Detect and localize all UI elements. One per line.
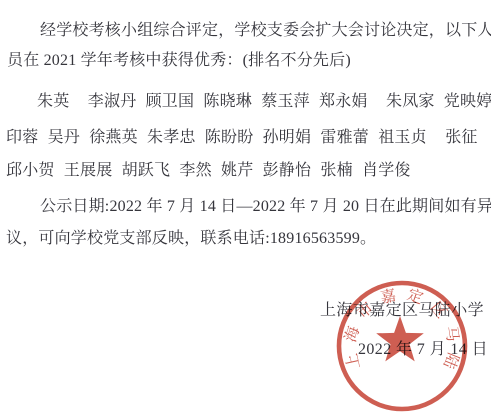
names-line-1: 朱英 李淑丹 顾卫国 陈晓琳 蔡玉萍 郑永娟 朱凤家 党映婷 <box>37 93 491 111</box>
intro-line-2: 员在 2021 学年考核中获得优秀：(排名不分先后) <box>7 52 351 70</box>
signature-date: 2022 年 7 月 14 日 <box>358 341 488 359</box>
seal-ring-text: 上海市嘉定区马陆小学 <box>332 276 463 380</box>
notice-line-1: 公示日期:2022 年 7 月 14 日—2022 年 7 月 20 日在此期间… <box>40 198 491 216</box>
intro-line-1: 经学校考核小组综合评定，学校支委会扩大会讨论决定，以下人 <box>40 22 491 40</box>
announcement-document: { "page": { "background": "#ffffff", "te… <box>0 0 491 418</box>
names-line-3: 邱小贺 王展展 胡跃飞 李然 姚芹 彭静怡 张楠 肖学俊 <box>6 162 411 180</box>
names-line-2: 印蓉 吴丹 徐燕英 朱孝忠 陈盼盼 孙明娟 雷雅蕾 祖玉贞 张征 <box>6 129 478 147</box>
signature-school-name: 上海市嘉定区马陆小学 <box>320 302 484 320</box>
seal-ring-text-holder: 上海市嘉定区马陆小学 <box>332 276 463 380</box>
notice-line-2: 议，可向学校党支部反映，联系电话:18916563599。 <box>6 230 376 248</box>
